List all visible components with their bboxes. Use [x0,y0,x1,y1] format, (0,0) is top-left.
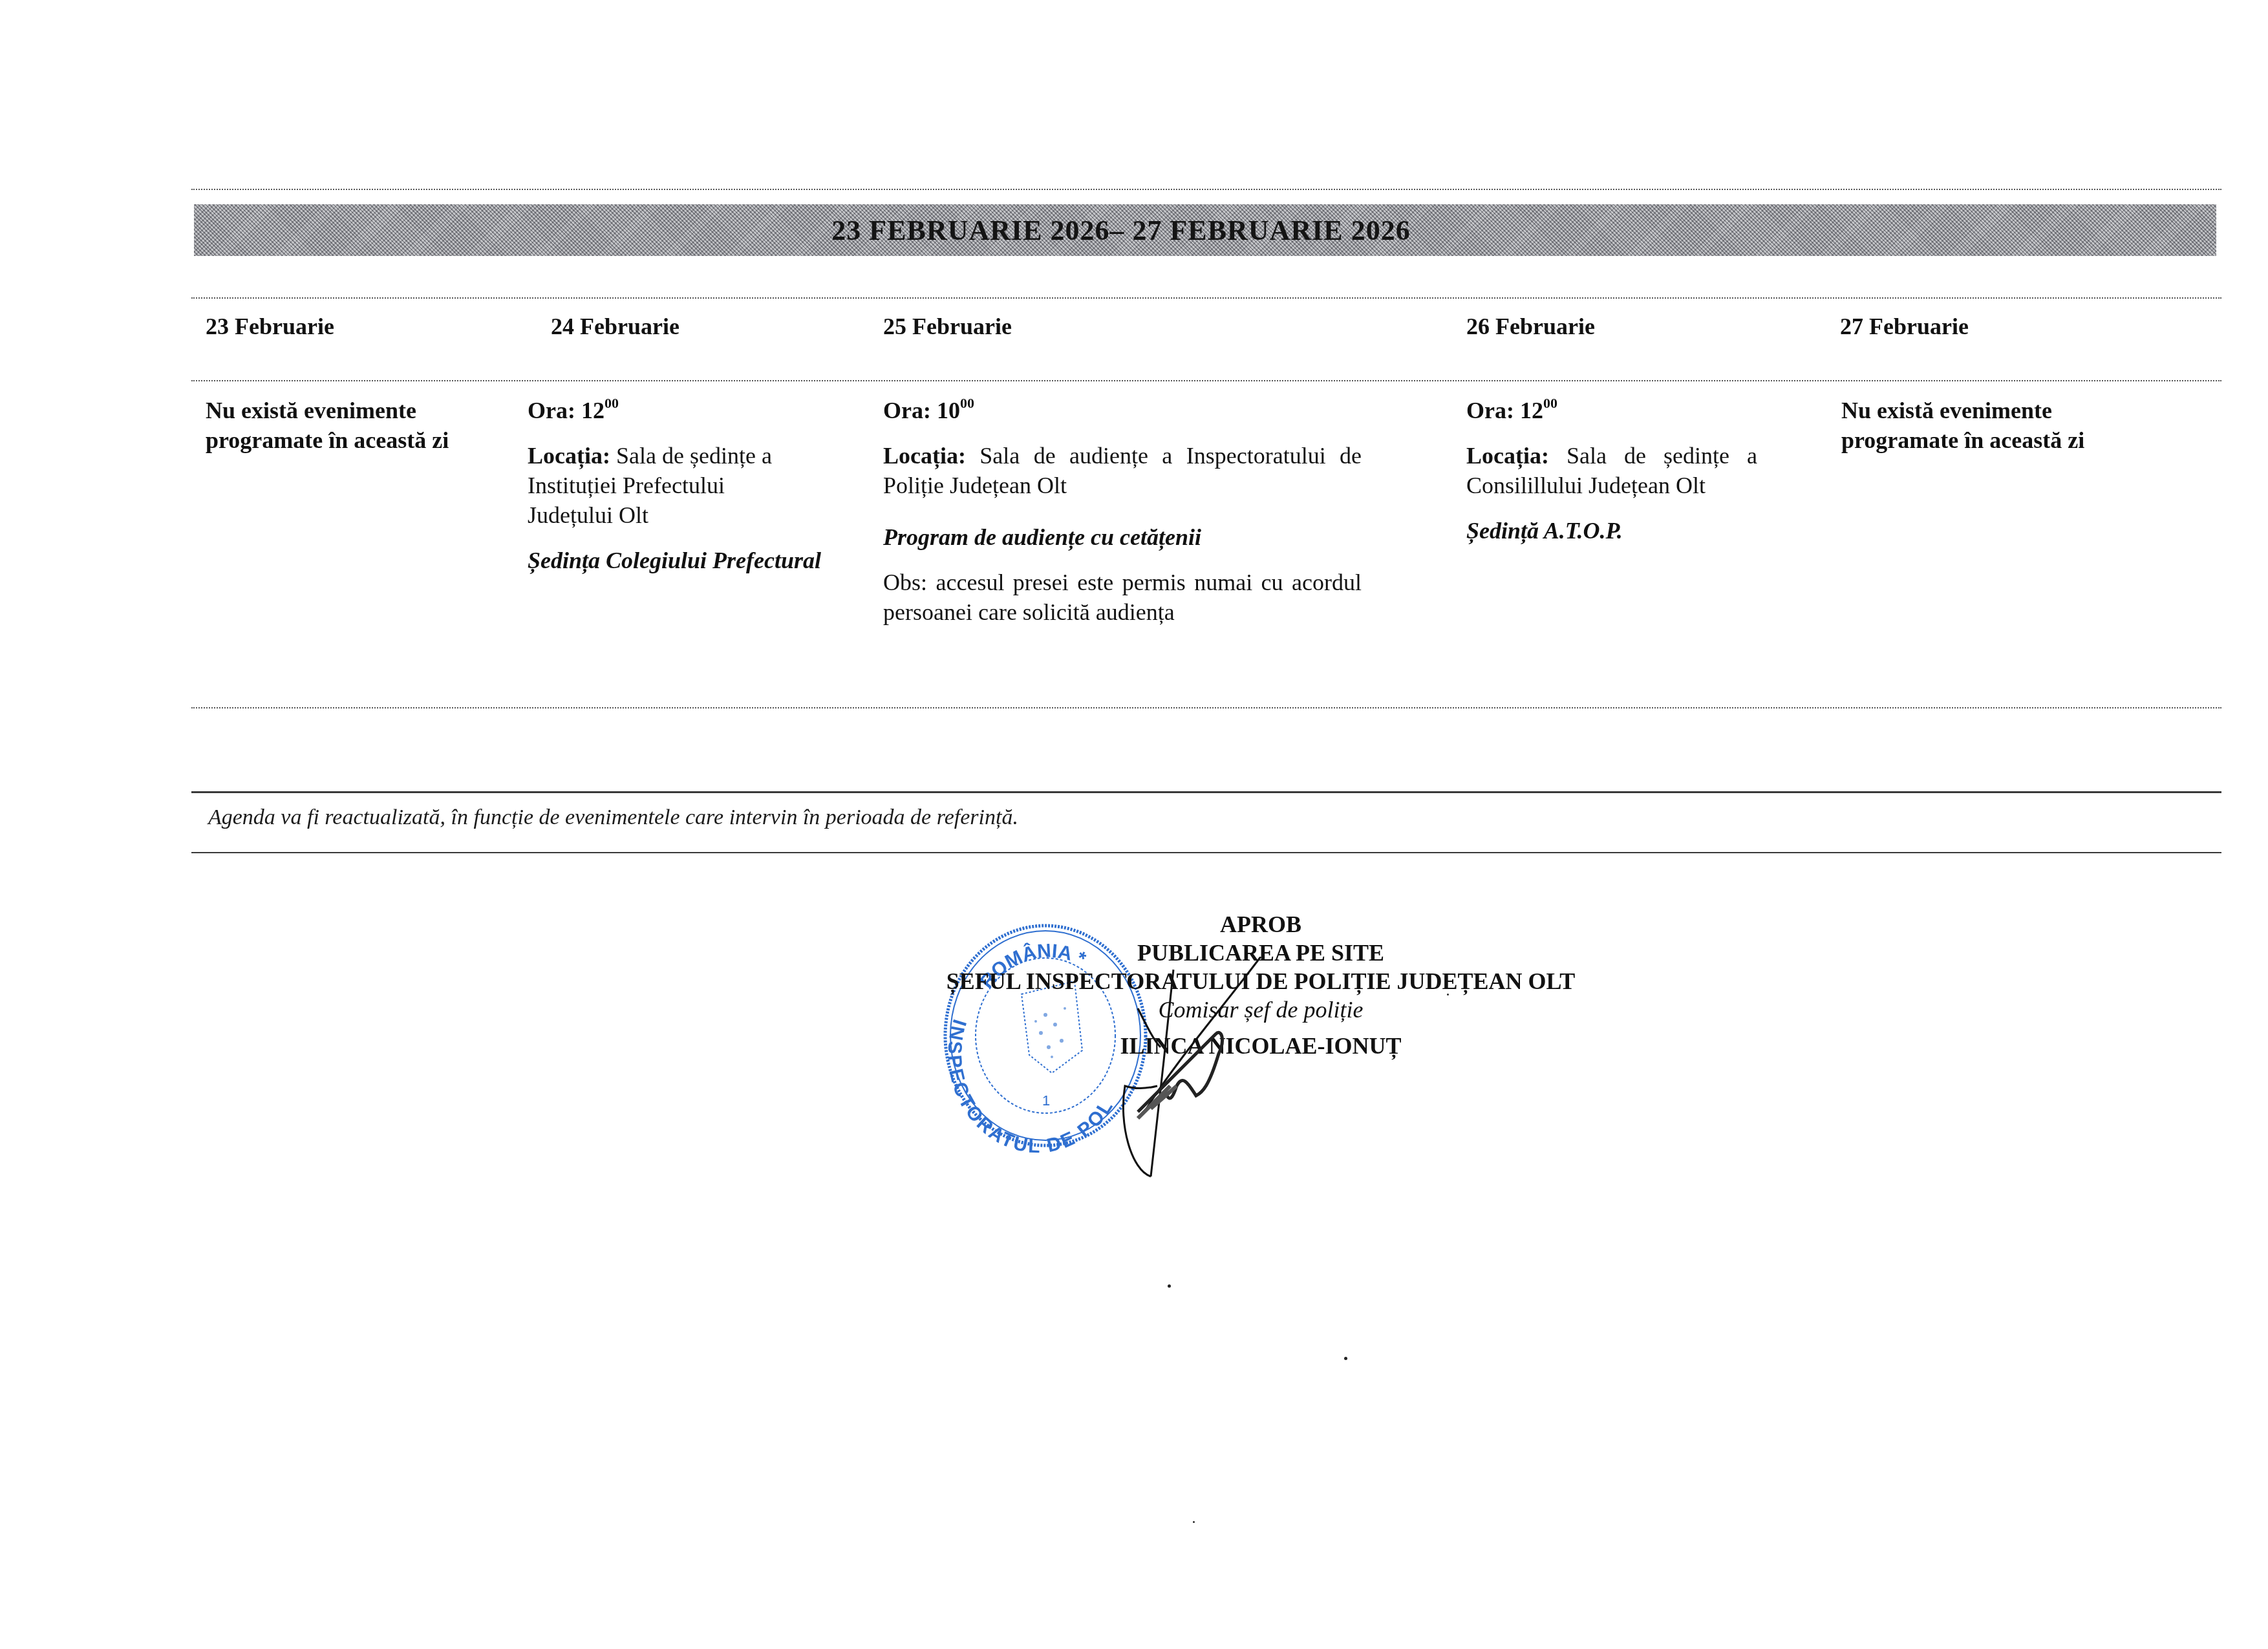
day-header-24: 24 Februarie [551,313,679,340]
signature-icon [1112,957,1280,1189]
day-cell-26: Ora: 1200 Locația: Sala de ședințe a Con… [1466,396,1757,561]
no-events-text: Nu există evenimente programate în aceas… [1841,398,2084,453]
event-location: Locația: Sala de audiențe a Inspectoratu… [883,441,1362,500]
event-note: Obs: accesul presei este permis numai cu… [883,568,1362,627]
footnote-bottom-divider [191,852,2221,853]
no-events-text: Nu există evenimente programate în aceas… [206,398,449,453]
day-cell-24: Ora: 1200 Locația: Sala de ședințe a Ins… [528,396,851,591]
scan-speck [1193,1521,1195,1523]
agenda-footnote: Agenda va fi reactualizată, în funcție d… [208,805,1018,830]
day-cell-27: Nu există evenimente programate în aceas… [1841,396,2132,455]
scan-speck [1447,994,1449,995]
period-header-bar: 23 FEBRUARIE 2026– 27 FEBRUARIE 2026 [194,204,2216,256]
event-title: Ședința Colegiului Prefectural [528,546,851,575]
top-divider [191,189,2221,190]
day-header-top-divider [191,297,2221,299]
day-header-23: 23 Februarie [206,313,334,340]
footnote-top-divider [191,791,2221,793]
day-cell-23: Nu există evenimente programate în aceas… [206,396,497,455]
event-time: Ora: 1000 [883,396,1362,425]
approval-label: APROB [840,910,1681,939]
event-location: Locația: Sala de ședințe a Instituției P… [528,441,799,530]
day-header-27: 27 Februarie [1840,313,1969,340]
event-title: Ședință A.T.O.P. [1466,516,1757,546]
table-bottom-divider [191,707,2221,708]
day-header-26: 26 Februarie [1466,313,1595,340]
day-cell-25: Ora: 1000 Locația: Sala de audiențe a In… [883,396,1362,643]
day-header-bottom-divider [191,380,2221,381]
event-title: Program de audiențe cu cetățenii [883,522,1362,552]
event-time: Ora: 1200 [528,396,851,425]
period-title: 23 FEBRUARIE 2026– 27 FEBRUARIE 2026 [831,214,1410,247]
scan-speck [1168,1284,1171,1288]
day-header-25: 25 Februarie [883,313,1012,340]
scan-speck [1344,1357,1347,1360]
svg-text:1: 1 [1042,1092,1050,1109]
event-location: Locația: Sala de ședințe a Consilillului… [1466,441,1757,500]
event-time: Ora: 1200 [1466,396,1757,425]
